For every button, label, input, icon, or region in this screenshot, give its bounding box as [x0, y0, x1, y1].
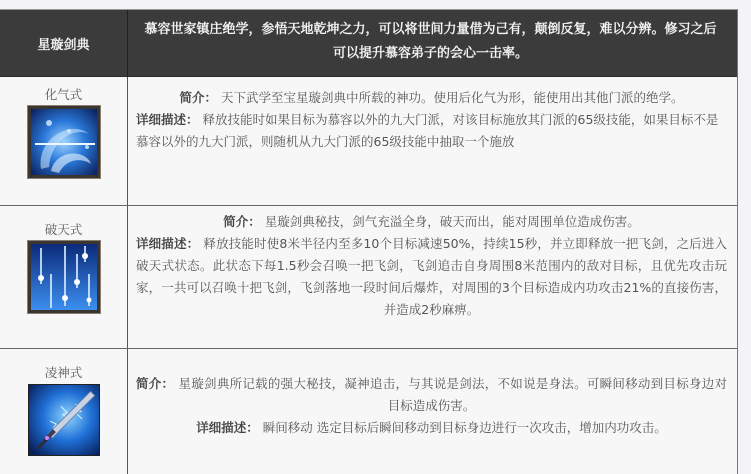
table-row-skill-1: 化气式: [0, 77, 737, 206]
table-row-skill-3: 凌神式: [0, 349, 737, 474]
skill-description-cell: 简介： 天下武学至宝星璇剑典中所载的神功。使用后化气为形，能使用出其他门派的绝学…: [128, 77, 737, 205]
detail-text: 释放技能时如果目标为慕容以外的九大门派，对该目标施放其门派的65级技能，如果目标…: [136, 112, 718, 149]
header-title-cell: 星璇剑典: [0, 10, 128, 76]
lightning-sword-icon: [28, 384, 100, 456]
skill-cell: 化气式: [0, 77, 128, 205]
header-title: 星璇剑典: [37, 34, 89, 53]
header-description: 慕容世家镇庄绝学，参悟天地乾坤之力，可以将世间力量借为己有，颠倒反复，难以分辨。…: [128, 10, 737, 76]
skill-detail: 详细描述： 释放技能时使8米半径内至多10个目标减速50%，持续15秒，并立即释…: [136, 233, 727, 321]
skill-detail: 详细描述： 释放技能时如果目标为慕容以外的九大门派，对该目标施放其门派的65级技…: [136, 109, 727, 153]
intro-label: 简介：: [179, 90, 217, 105]
swirling-qi-icon: [28, 106, 100, 178]
skill-intro: 简介： 星璇剑典所记载的强大秘技，凝神追击，与其说是剑法，不如说是身法。可瞬间移…: [136, 373, 727, 417]
detail-label: 详细描述：: [196, 420, 259, 435]
skill-description-cell: 简介： 星璇剑典所记载的强大秘技，凝神追击，与其说是剑法，不如说是身法。可瞬间移…: [128, 349, 737, 474]
intro-label: 简介：: [136, 376, 174, 391]
intro-text: 天下武学至宝星璇剑典中所载的神功。使用后化气为形，能使用出其他门派的绝学。: [221, 90, 684, 105]
detail-text: 释放技能时使8米半径内至多10个目标减速50%，持续15秒，并立即释放一把飞剑，…: [136, 236, 727, 317]
table-header-row: 星璇剑典 慕容世家镇庄绝学，参悟天地乾坤之力，可以将世间力量借为己有，颠倒反复，…: [0, 10, 737, 77]
detail-label: 详细描述：: [136, 236, 199, 251]
skill-detail: 详细描述： 瞬间移动 选定目标后瞬间移动到目标身边进行一次攻击，增加内功攻击。: [136, 417, 727, 439]
skill-name: 化气式: [45, 85, 83, 103]
skill-table: 星璇剑典 慕容世家镇庄绝学，参悟天地乾坤之力，可以将世间力量借为己有，颠倒反复，…: [0, 9, 738, 474]
skill-description-cell: 简介： 星璇剑典秘技，剑气充溢全身，破天而出，能对周围单位造成伤害。 详细描述：…: [128, 206, 737, 348]
falling-swords-icon: [28, 241, 100, 313]
intro-text: 星璇剑典所记载的强大秘技，凝神追击，与其说是剑法，不如说是身法。可瞬间移动到目标…: [179, 376, 727, 413]
skill-name: 破天式: [45, 220, 83, 238]
intro-label: 简介：: [223, 214, 261, 229]
skill-intro: 简介： 天下武学至宝星璇剑典中所载的神功。使用后化气为形，能使用出其他门派的绝学…: [136, 87, 727, 109]
skill-cell: 凌神式: [0, 349, 128, 474]
detail-text: 瞬间移动 选定目标后瞬间移动到目标身边进行一次攻击，增加内功攻击。: [263, 420, 667, 435]
skill-name: 凌神式: [45, 363, 83, 381]
skill-cell: 破天式: [0, 206, 128, 348]
skill-intro: 简介： 星璇剑典秘技，剑气充溢全身，破天而出，能对周围单位造成伤害。: [136, 211, 727, 233]
detail-label: 详细描述：: [136, 112, 199, 127]
intro-text: 星璇剑典秘技，剑气充溢全身，破天而出，能对周围单位造成伤害。: [265, 214, 640, 229]
table-row-skill-2: 破天式: [0, 206, 737, 349]
